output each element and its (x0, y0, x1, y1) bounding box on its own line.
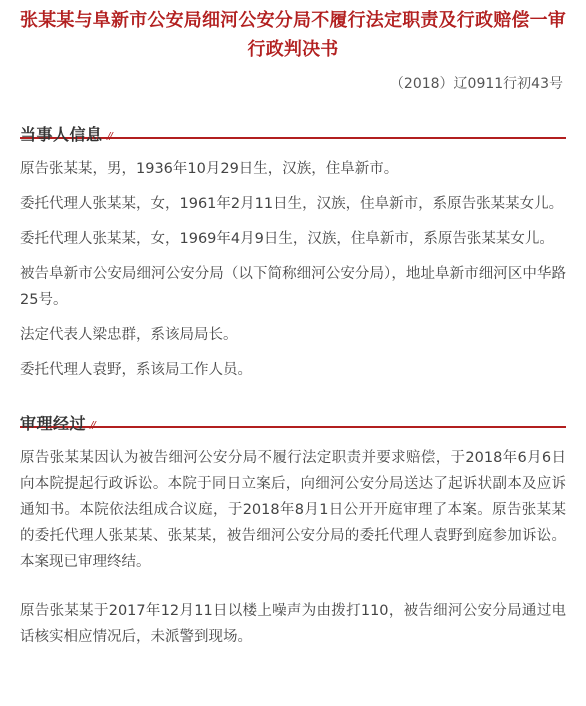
paragraph: 原告张某某因认为被告细河公安分局不履行法定职责并要求赔偿，于2018年6月6日向… (20, 445, 566, 575)
section-heading: 审理经过 // (20, 411, 566, 441)
paragraph: 原告张某某于2017年12月11日以楼上噪声为由拨打110，被告细河公安分局通过… (20, 598, 566, 650)
section-heading-label: 当事人信息 (20, 124, 103, 146)
heading-rule-divider (20, 426, 566, 428)
paragraph: 委托代理人张某某，女，1961年2月11日生，汉族，住阜新市，系原告张某某女儿。 (20, 191, 566, 217)
paragraph: 委托代理人张某某，女，1969年4月9日生，汉族，住阜新市，系原告张某某女儿。 (20, 226, 566, 252)
document-title: 张某某与阜新市公安局细河公安分局不履行法定职责及行政赔偿一审行政判决书 (20, 0, 566, 64)
paragraph: 委托代理人袁野，系该局工作人员。 (20, 357, 566, 383)
paragraph: 法定代表人梁忠群，系该局局长。 (20, 322, 566, 348)
section-heading: 当事人信息 // (20, 122, 566, 152)
paragraph: 原告张某某，男，1936年10月29日生，汉族，住阜新市。 (20, 156, 566, 182)
section-party-info: 当事人信息 // 原告张某某，男，1936年10月29日生，汉族，住阜新市。 委… (20, 122, 566, 383)
slash-decoration-icon: // (90, 420, 95, 432)
case-number: （2018）辽0911行初43号 (20, 74, 566, 94)
paragraph-gap (20, 584, 566, 598)
paragraph: 被告阜新市公安局细河公安分局（以下简称细河公安分局），地址阜新市细河区中华路25… (20, 261, 566, 313)
section-trial-process: 审理经过 // 原告张某某因认为被告细河公安分局不履行法定职责并要求赔偿，于20… (20, 411, 566, 650)
section-heading-label: 审理经过 (20, 413, 86, 435)
slash-decoration-icon: // (107, 131, 112, 143)
judgment-document: 张某某与阜新市公安局细河公安分局不履行法定职责及行政赔偿一审行政判决书 （201… (0, 0, 586, 650)
